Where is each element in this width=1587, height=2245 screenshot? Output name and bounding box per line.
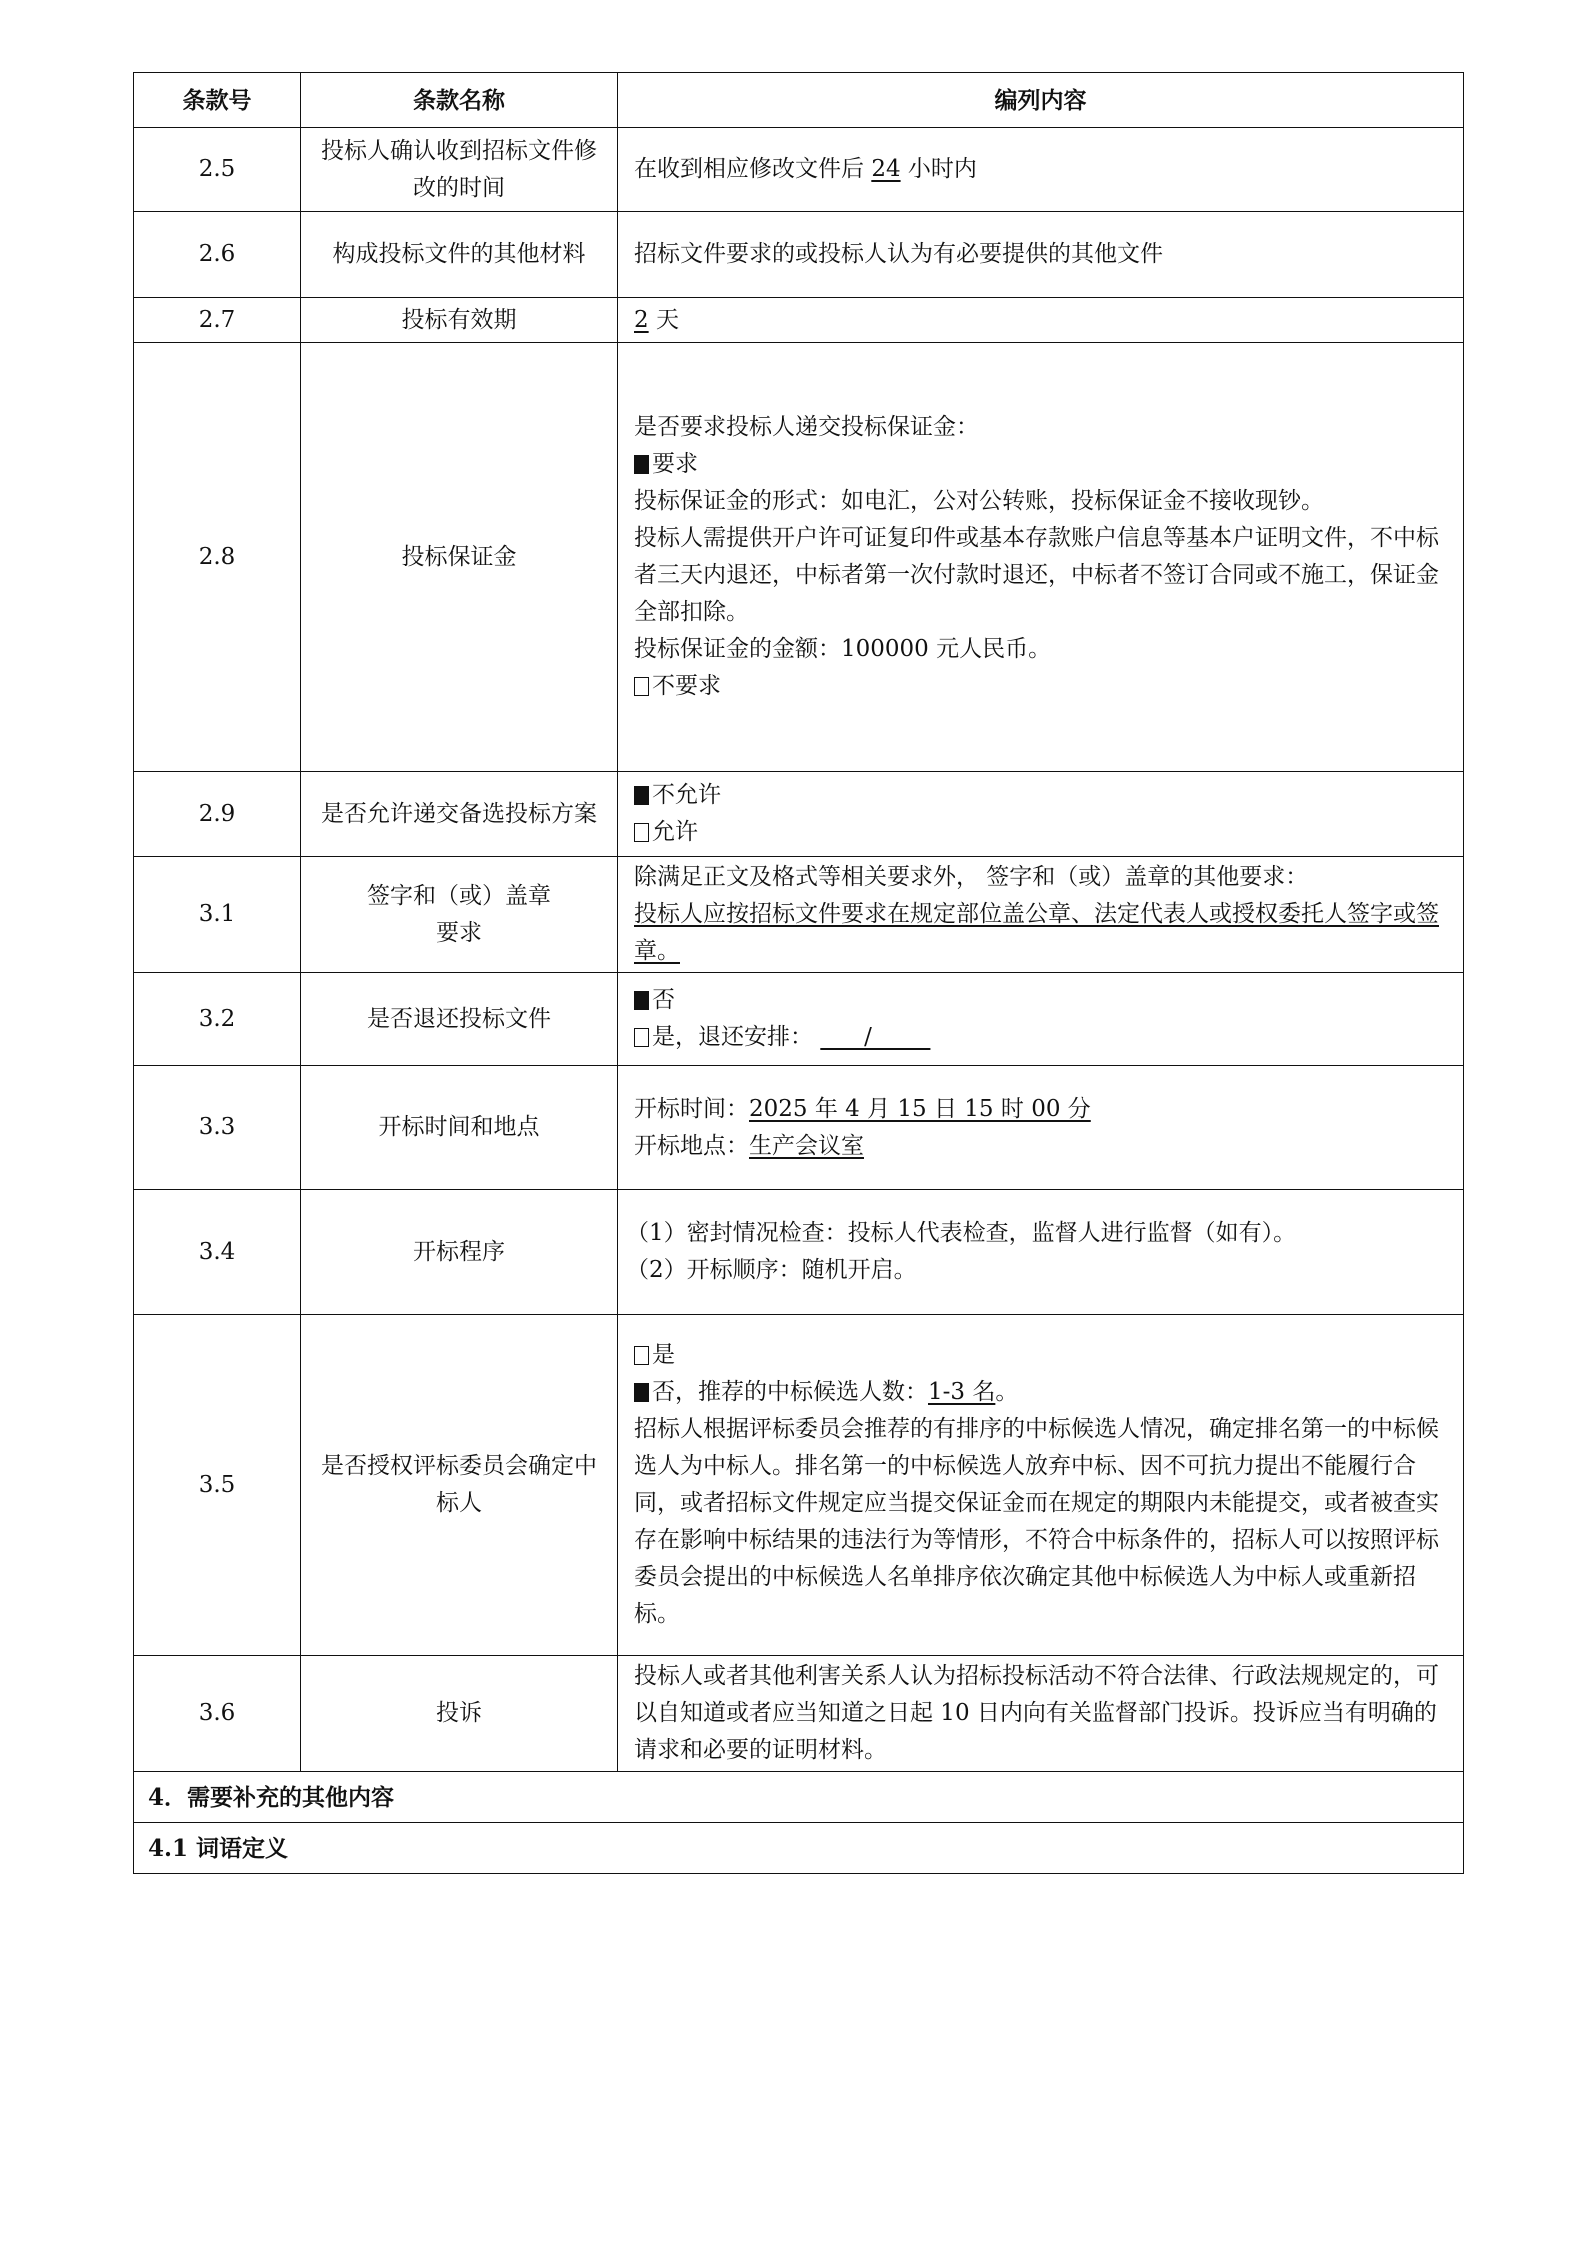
clause-name: 是否退还投标文件 <box>301 973 618 1066</box>
checked-box-icon <box>634 455 649 474</box>
table-row: 2.6 构成投标文件的其他材料 招标文件要求的或投标人认为有必要提供的其他文件 <box>134 212 1464 298</box>
clause-name: 投标保证金 <box>301 343 618 772</box>
clause-name: 投诉 <box>301 1656 618 1772</box>
clause-number: 3.5 <box>134 1315 301 1656</box>
table-row: 2.5 投标人确认收到招标文件修改的时间 在收到相应修改文件后 24 小时内 <box>134 128 1464 212</box>
header-clause-no: 条款号 <box>134 73 301 128</box>
clause-number: 3.2 <box>134 973 301 1066</box>
clause-number: 3.3 <box>134 1066 301 1190</box>
clause-number: 2.6 <box>134 212 301 298</box>
clause-name: 投标人确认收到招标文件修改的时间 <box>301 128 618 212</box>
table-header-row: 条款号 条款名称 编列内容 <box>134 73 1464 128</box>
option-label: 允许 <box>652 819 698 845</box>
clause-number: 3.6 <box>134 1656 301 1772</box>
clause-content: 2 天 <box>618 298 1464 343</box>
text: 。 <box>995 1379 1018 1405</box>
opening-place-value: 生产会议室 <box>749 1133 864 1159</box>
section-row: 4.1 词语定义 <box>134 1823 1464 1874</box>
document-page: 条款号 条款名称 编列内容 2.5 投标人确认收到招标文件修改的时间 在收到相应… <box>133 72 1463 1874</box>
clause-content: 除满足正文及格式等相关要求外， 签字和（或）盖章的其他要求： 投标人应按招标文件… <box>618 857 1464 973</box>
unchecked-box-icon <box>634 677 649 696</box>
clause-content: 招标文件要求的或投标人认为有必要提供的其他文件 <box>618 212 1464 298</box>
unchecked-box-icon <box>634 1346 649 1365</box>
checked-box-icon <box>634 1383 649 1402</box>
label: 开标地点： <box>634 1133 749 1159</box>
header-clause-name: 条款名称 <box>301 73 618 128</box>
opening-place: 开标地点：生产会议室 <box>634 1128 1449 1165</box>
clause-content: 是否要求投标人递交投标保证金： 要求 投标保证金的形式：如电汇，公对公转账，投标… <box>618 343 1464 772</box>
sign-requirement: 投标人应按招标文件要求在规定部位盖公章、法定代表人或授权委托人签字或签章。 <box>634 901 1439 964</box>
section-heading: 4．需要补充的其他内容 <box>134 1772 1464 1823</box>
table-row: 3.3 开标时间和地点 开标时间：2025 年 4 月 15 日 15 时 00… <box>134 1066 1464 1190</box>
candidate-count: 1-3 名 <box>928 1379 995 1405</box>
procedure-step: （2）开标顺序：随机开启。 <box>626 1252 1449 1289</box>
option-no: 否，推荐的中标候选人数：1-3 名。 <box>634 1374 1449 1411</box>
sign-intro: 除满足正文及格式等相关要求外， 签字和（或）盖章的其他要求： <box>634 859 1449 896</box>
bid-terms-table: 条款号 条款名称 编列内容 2.5 投标人确认收到招标文件修改的时间 在收到相应… <box>133 72 1464 1874</box>
clause-name: 是否允许递交备选投标方案 <box>301 772 618 857</box>
clause-name: 投标有效期 <box>301 298 618 343</box>
clause-content: 在收到相应修改文件后 24 小时内 <box>618 128 1464 212</box>
clause-name: 开标时间和地点 <box>301 1066 618 1190</box>
header-content: 编列内容 <box>618 73 1464 128</box>
option-label: 是，退还安排： <box>652 1024 813 1050</box>
option-label: 是 <box>652 1342 675 1368</box>
text: 在收到相应修改文件后 <box>634 156 864 182</box>
clause-content: （1）密封情况检查：投标人代表检查，监督人进行监督（如有）。 （2）开标顺序：随… <box>618 1190 1464 1315</box>
label: 开标时间： <box>634 1096 749 1122</box>
award-desc: 招标人根据评标委员会推荐的有排序的中标候选人情况，确定排名第一的中标候选人为中标… <box>634 1411 1449 1633</box>
clause-content: 否 是，退还安排： / <box>618 973 1464 1066</box>
clause-content: 开标时间：2025 年 4 月 15 日 15 时 00 分 开标地点：生产会议… <box>618 1066 1464 1190</box>
unchecked-box-icon <box>634 823 649 842</box>
text: 小时内 <box>908 156 977 182</box>
table-row: 3.5 是否授权评标委员会确定中标人 是 否，推荐的中标候选人数：1-3 名。 … <box>134 1315 1464 1656</box>
clause-name: 开标程序 <box>301 1190 618 1315</box>
deposit-question: 是否要求投标人递交投标保证金： <box>634 409 1449 446</box>
option-not-required: 不要求 <box>634 668 1449 705</box>
option-label: 否，推荐的中标候选人数： <box>652 1379 928 1405</box>
option-label: 不要求 <box>652 673 721 699</box>
subsection-heading: 4.1 词语定义 <box>134 1823 1464 1874</box>
clause-name: 是否授权评标委员会确定中标人 <box>301 1315 618 1656</box>
clause-name-line: 签字和（或）盖章 <box>311 878 607 915</box>
option-not-allowed: 不允许 <box>634 777 1449 814</box>
clause-number: 3.1 <box>134 857 301 973</box>
procedure-step: （1）密封情况检查：投标人代表检查，监督人进行监督（如有）。 <box>626 1215 1449 1252</box>
clause-number: 2.9 <box>134 772 301 857</box>
return-arrangement: / <box>820 1019 930 1056</box>
opening-time-value: 2025 年 4 月 15 日 15 时 00 分 <box>749 1096 1091 1122</box>
section-row: 4．需要补充的其他内容 <box>134 1772 1464 1823</box>
validity-value: 2 <box>634 307 649 333</box>
clause-number: 2.8 <box>134 343 301 772</box>
table-row: 2.9 是否允许递交备选投标方案 不允许 允许 <box>134 772 1464 857</box>
text: 天 <box>656 307 679 333</box>
option-label: 不允许 <box>652 782 721 808</box>
checked-box-icon <box>634 786 649 805</box>
hours-value: 24 <box>871 156 900 182</box>
deposit-form: 投标保证金的形式：如电汇，公对公转账，投标保证金不接收现钞。 <box>634 483 1449 520</box>
clause-number: 3.4 <box>134 1190 301 1315</box>
checked-box-icon <box>634 991 649 1010</box>
clause-content: 是 否，推荐的中标候选人数：1-3 名。 招标人根据评标委员会推荐的有排序的中标… <box>618 1315 1464 1656</box>
table-row: 3.2 是否退还投标文件 否 是，退还安排： / <box>134 973 1464 1066</box>
clause-name: 签字和（或）盖章 要求 <box>301 857 618 973</box>
clause-content: 不允许 允许 <box>618 772 1464 857</box>
table-row: 3.1 签字和（或）盖章 要求 除满足正文及格式等相关要求外， 签字和（或）盖章… <box>134 857 1464 973</box>
opening-time: 开标时间：2025 年 4 月 15 日 15 时 00 分 <box>634 1091 1449 1128</box>
clause-content: 投标人或者其他利害关系人认为招标投标活动不符合法律、行政法规规定的，可以自知道或… <box>618 1656 1464 1772</box>
table-row: 2.7 投标有效期 2 天 <box>134 298 1464 343</box>
clause-number: 2.7 <box>134 298 301 343</box>
option-yes: 是 <box>634 1337 1449 1374</box>
option-return: 是，退还安排： / <box>634 1019 1449 1056</box>
unchecked-box-icon <box>634 1028 649 1047</box>
clause-name-line: 要求 <box>311 915 607 952</box>
option-required: 要求 <box>634 446 1449 483</box>
deposit-desc: 投标人需提供开户许可证复印件或基本存款账户信息等基本户证明文件，不中标者三天内退… <box>634 520 1449 631</box>
table-row: 3.6 投诉 投标人或者其他利害关系人认为招标投标活动不符合法律、行政法规规定的… <box>134 1656 1464 1772</box>
table-row: 3.4 开标程序 （1）密封情况检查：投标人代表检查，监督人进行监督（如有）。 … <box>134 1190 1464 1315</box>
deposit-amount: 投标保证金的金额：100000 元人民币。 <box>634 631 1449 668</box>
option-label: 否 <box>652 987 675 1013</box>
option-label: 要求 <box>652 451 698 477</box>
option-allowed: 允许 <box>634 814 1449 851</box>
clause-name: 构成投标文件的其他材料 <box>301 212 618 298</box>
option-no-return: 否 <box>634 982 1449 1019</box>
clause-number: 2.5 <box>134 128 301 212</box>
table-row: 2.8 投标保证金 是否要求投标人递交投标保证金： 要求 投标保证金的形式：如电… <box>134 343 1464 772</box>
